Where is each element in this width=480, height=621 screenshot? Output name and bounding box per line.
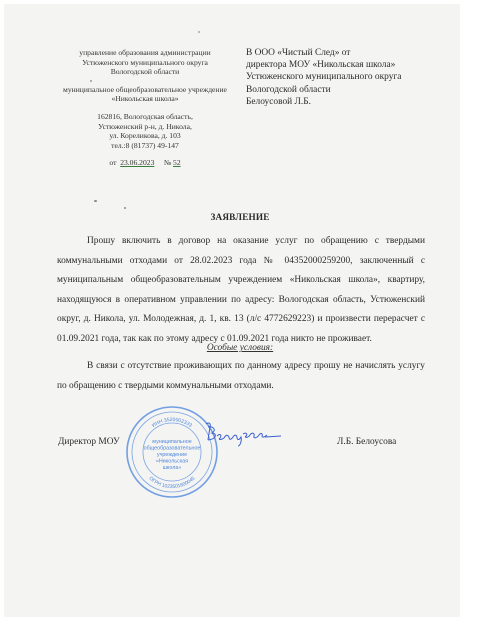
address-line-1: 162816, Вологодская область, <box>60 112 230 122</box>
svg-text:учреждение: учреждение <box>157 452 187 458</box>
date-number-line: от 23.06.2023 № 52 <box>60 158 230 168</box>
address-line-3: ул. Кореликова, д. 103 <box>60 131 230 141</box>
recipient-block: В ООО «Чистый След» от директора МОУ «Ни… <box>246 47 456 108</box>
special-conditions-section: В связи с отсутствие проживающих по данн… <box>57 357 425 396</box>
signatory-name: Л.Б. Белоусова <box>337 437 396 447</box>
scan-artifact <box>124 207 126 209</box>
signature-icon <box>203 418 283 448</box>
document-date: 23.06.2023 <box>120 158 154 167</box>
recipient-line-3: Устюженского муниципального округа <box>246 71 456 83</box>
address-line-2: Устюженский р-н, д. Никола, <box>60 122 230 132</box>
svg-text:муниципальное: муниципальное <box>152 439 191 445</box>
scan-artifact <box>94 200 97 202</box>
svg-text:школа»: школа» <box>163 465 182 471</box>
scan-artifact <box>198 31 200 33</box>
org-line-2: Устюженского муниципального округа <box>60 58 230 68</box>
sender-block: управление образования администрации Уст… <box>60 48 230 168</box>
school-line-1: муниципальное общеобразовательное учрежд… <box>60 85 230 95</box>
svg-text:«Никольская: «Никольская <box>156 459 188 465</box>
scan-artifact <box>90 80 92 82</box>
special-conditions-title: Особые условия: <box>0 343 480 353</box>
org-line-1: управление образования администрации <box>60 48 230 58</box>
recipient-line-1: В ООО «Чистый След» от <box>246 47 456 59</box>
special-conditions-text: В связи с отсутствие проживающих по данн… <box>57 357 425 396</box>
signatory-role: Директор МОУ <box>58 437 120 447</box>
org-line-3: Вологодской области <box>60 67 230 77</box>
svg-text:общеобразовательное: общеобразовательное <box>144 446 201 452</box>
body-section: Прошу включить в договор на оказание усл… <box>57 232 425 350</box>
recipient-line-2: директора МОУ «Никольская школа» <box>246 59 456 71</box>
phone-line: тел.:8 (81737) 49-147 <box>60 141 230 151</box>
date-prefix: от <box>109 158 116 167</box>
recipient-line-4: Вологодской области <box>246 84 456 96</box>
body-paragraph: Прошу включить в договор на оказание усл… <box>57 232 425 350</box>
document-number: 52 <box>173 158 181 167</box>
handwritten-signature <box>203 418 283 448</box>
number-prefix: № <box>164 158 171 167</box>
document-title: ЗАЯВЛЕНИЕ <box>0 212 480 222</box>
school-line-2: «Никольская школа» <box>60 94 230 104</box>
recipient-line-5: Белоусовой Л.Б. <box>246 96 456 108</box>
